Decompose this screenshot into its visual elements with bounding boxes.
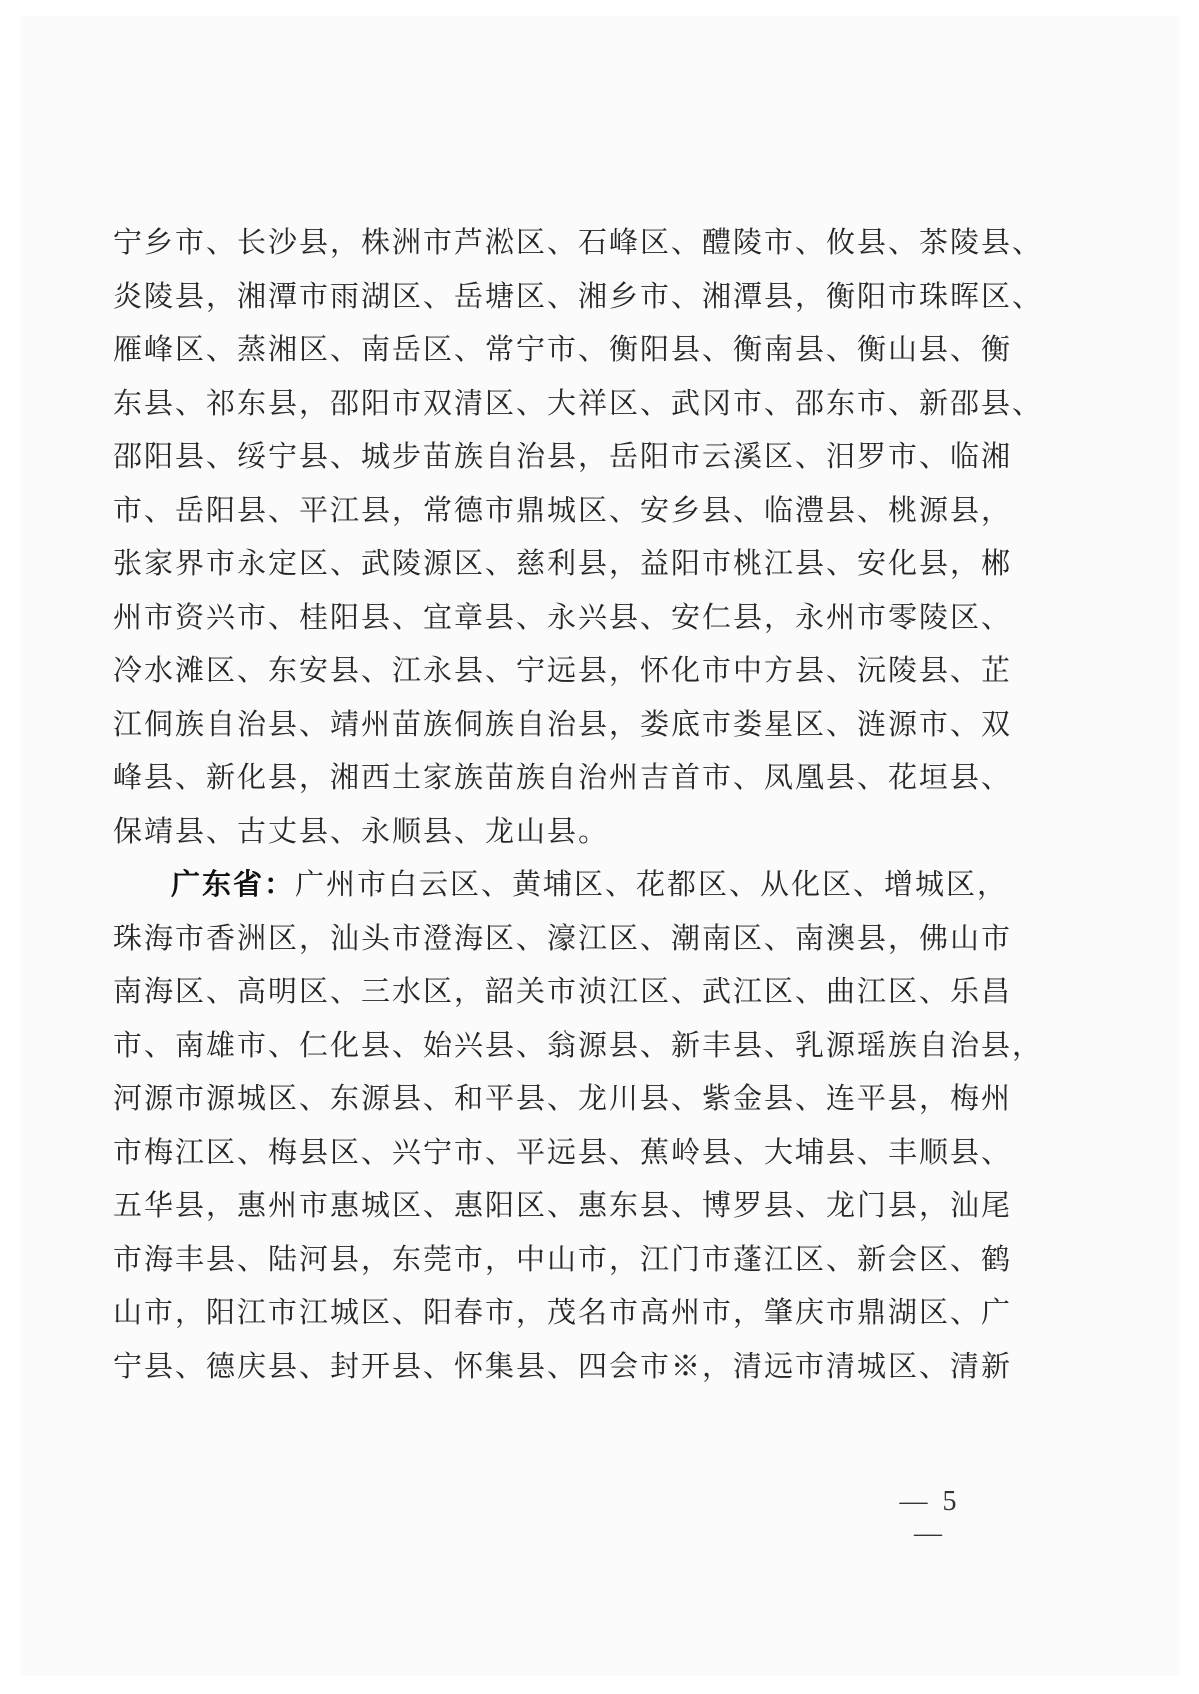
text-run: 广州市白云区、黄埔区、花都区、从化区、增城区， [295, 867, 1008, 901]
text-line: 江侗族自治县、靖州苗族侗族自治县，娄底市娄星区、涟源市、双 [113, 698, 1003, 752]
text-line: 市梅江区、梅县区、兴宁市、平远县、蕉岭县、大埔县、丰顺县、 [113, 1126, 1003, 1180]
text-line: 雁峰区、蒸湘区、南岳区、常宁市、衡阳县、衡南县、衡山县、衡 [113, 323, 1003, 377]
document-body: 宁乡市、长沙县，株洲市芦淞区、石峰区、醴陵市、攸县、茶陵县、 炎陵县，湘潭市雨湖… [113, 216, 1003, 1393]
text-line: 张家界市永定区、武陵源区、慈利县，益阳市桃江县、安化县，郴 [113, 537, 1003, 591]
text-line: 炎陵县，湘潭市雨湖区、岳塘区、湘乡市、湘潭县，衡阳市珠晖区、 [113, 270, 1003, 324]
guangdong-paragraph-start: 广东省：广州市白云区、黄埔区、花都区、从化区、增城区， [113, 858, 1003, 912]
text-line: 宁县、德庆县、封开县、怀集县、四会市※，清远市清城区、清新 [113, 1340, 1003, 1394]
text-line: 珠海市香洲区，汕头市澄海区、濠江区、潮南区、南澳县，佛山市 [113, 912, 1003, 966]
text-line: 市、岳阳县、平江县，常德市鼎城区、安乡县、临澧县、桃源县， [113, 484, 1003, 538]
province-heading-guangdong: 广东省： [171, 867, 295, 901]
text-line: 五华县，惠州市惠城区、惠阳区、惠东县、博罗县、龙门县，汕尾 [113, 1179, 1003, 1233]
page-number: — 5 — [880, 1486, 980, 1550]
text-line: 东县、祁东县，邵阳市双清区、大祥区、武冈市、邵东市、新邵县、 [113, 377, 1003, 431]
text-line: 冷水滩区、东安县、江永县、宁远县，怀化市中方县、沅陵县、芷 [113, 644, 1003, 698]
text-line: 山市，阳江市江城区、阳春市，茂名市高州市，肇庆市鼎湖区、广 [113, 1286, 1003, 1340]
text-line: 州市资兴市、桂阳县、宜章县、永兴县、安仁县，永州市零陵区、 [113, 591, 1003, 645]
text-line: 宁乡市、长沙县，株洲市芦淞区、石峰区、醴陵市、攸县、茶陵县、 [113, 216, 1003, 270]
text-line: 市、南雄市、仁化县、始兴县、翁源县、新丰县、乳源瑶族自治县， [113, 1019, 1003, 1073]
text-line: 邵阳县、绥宁县、城步苗族自治县，岳阳市云溪区、汨罗市、临湘 [113, 430, 1003, 484]
text-line: 南海区、高明区、三水区，韶关市浈江区、武江区、曲江区、乐昌 [113, 965, 1003, 1019]
text-line: 市海丰县、陆河县，东莞市，中山市，江门市蓬江区、新会区、鹤 [113, 1233, 1003, 1287]
text-line: 保靖县、古丈县、永顺县、龙山县。 [113, 805, 1003, 859]
text-line: 河源市源城区、东源县、和平县、龙川县、紫金县、连平县，梅州 [113, 1072, 1003, 1126]
text-line: 峰县、新化县，湘西土家族苗族自治州吉首市、凤凰县、花垣县、 [113, 751, 1003, 805]
